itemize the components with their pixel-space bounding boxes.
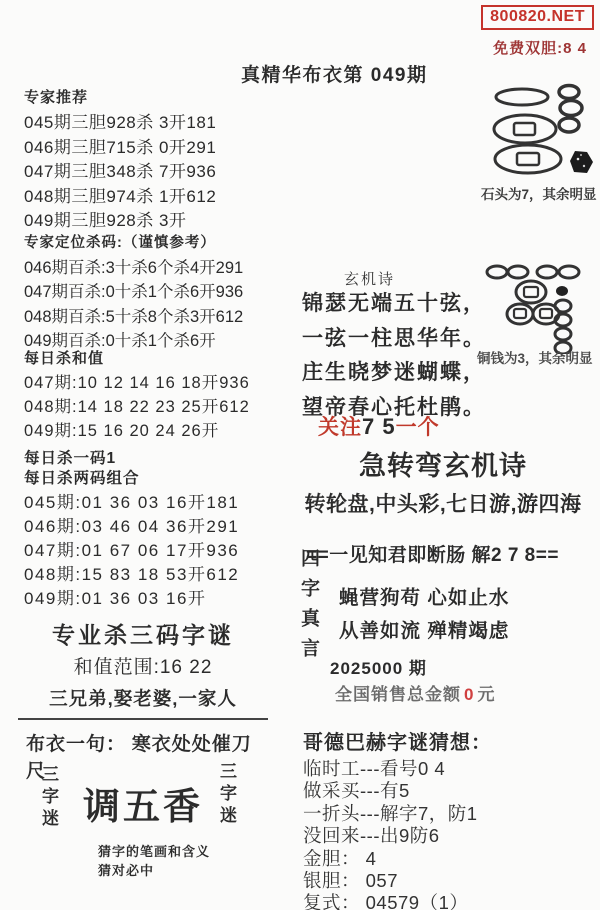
three-char-side-label-right: 三字迷	[214, 762, 239, 828]
riddle-note-2: 猜对必中	[98, 860, 154, 879]
focus-suffix: 一个	[396, 416, 440, 439]
goldbach-riddle-section: 哥德巴赫字谜猜想： 临时工---看号0 4 做采买---有5 一折头---解字7…	[303, 726, 593, 910]
stone-figure-icon	[470, 82, 595, 182]
four-char-row: 从善如流 殚精竭虑	[339, 615, 509, 643]
goldbach-row: 一折头---解字7，防1	[303, 803, 593, 825]
focus-numbers: 7 5	[362, 414, 396, 439]
poem-line: 一弦一柱思华年。	[302, 322, 486, 357]
goldbach-row: 银胆： 057	[303, 870, 593, 892]
turn-poem-heading: 急转弯玄机诗	[290, 444, 596, 483]
three-code-riddle-section: 专业杀三码字谜 和值范围:16 22 三兄弟,娶老婆,一家人 布衣一句： 寒衣处…	[18, 617, 268, 783]
list-item: 048期百杀:5十杀8个杀3开612	[24, 305, 294, 329]
daily-kill-sum-section: 每日杀和值 047期:10 12 14 16 18开936 048期:14 18…	[24, 347, 294, 468]
riddle-note-1: 猜字的笔画和含义	[98, 841, 210, 860]
daily-two-codes-section: 每日杀两码组合 045期:01 36 03 16开181 046期:03 46 …	[24, 466, 294, 611]
copper-coin-drawing	[484, 262, 599, 359]
expert-position-section: 专家定位杀码:（谨慎参考） 046期百杀:3十杀6个杀4开291 047期百杀:…	[24, 231, 294, 354]
sales-total-line: 全国销售总金额0元	[335, 680, 495, 705]
list-item: 046期百杀:3十杀6个杀4开291	[24, 256, 294, 280]
sum-range: 和值范围:16 22	[18, 652, 268, 679]
four-char-row: 蝇营狗苟 心如止水	[339, 582, 509, 610]
section-heading: 专家定位杀码:（谨慎参考）	[24, 231, 294, 252]
poem-focus-line: 关注7 5一个	[318, 411, 440, 441]
site-watermark: 800820.NET	[481, 5, 594, 30]
section-heading: 专家推荐	[24, 86, 284, 107]
turn-poem-solution: ==一见知君即断肠 解2 7 8==	[290, 540, 596, 567]
list-item: 046期三胆715杀 0开291	[24, 136, 284, 161]
turn-poem-line: 转轮盘,中头彩,七日游,游四海	[290, 488, 596, 518]
list-item: 046期:03 46 04 36开291	[24, 515, 294, 539]
page-title: 真精华布衣第 049期	[241, 60, 427, 87]
goldbach-heading: 哥德巴赫字谜猜想：	[303, 726, 593, 755]
mystery-poem-heading: 玄机诗	[344, 268, 395, 289]
sales-label: 全国销售总金额	[335, 685, 461, 704]
list-item: 048期:14 18 22 23 25开612	[24, 395, 294, 419]
goldbach-row: 复式： 04579（1）	[303, 892, 593, 910]
sales-unit: 元	[477, 685, 495, 704]
goldbach-row: 没回来---出9防6	[303, 825, 593, 847]
coin-figure-caption: 铜钱为3，其余明显	[477, 347, 593, 367]
list-item: 047期百杀:0十杀1个杀6开936	[24, 280, 294, 304]
three-char-side-label-left: 三字迷	[36, 765, 61, 831]
list-item: 048期:15 83 18 53开612	[24, 563, 294, 587]
stone-coins-drawing	[470, 82, 595, 187]
section-heading: 每日杀和值	[24, 347, 294, 368]
list-item: 047期三胆348杀 7开936	[24, 160, 284, 185]
mystery-poem: 锦瑟无端五十弦， 一弦一柱思华年。 庄生晓梦迷蝴蝶， 望帝春心托杜鹃。	[302, 287, 486, 425]
sales-amount: 0	[461, 685, 477, 704]
sales-period: 2025000 期	[330, 654, 427, 679]
focus-prefix: 关注	[318, 416, 362, 439]
goldbach-row: 做采买---有5	[303, 780, 593, 802]
list-item: 049期:15 16 20 24 26开	[24, 419, 294, 443]
free-double-dan: 免费双胆:8 4	[493, 37, 587, 58]
list-item: 048期三胆974杀 1开612	[24, 185, 284, 210]
list-item: 047期:01 67 06 17开936	[24, 539, 294, 563]
goldbach-row: 金胆： 4	[303, 848, 593, 870]
list-item: 045期:01 36 03 16开181	[24, 491, 294, 515]
poem-line: 庄生晓梦迷蝴蝶，	[302, 356, 486, 391]
turn-poem-section: 急转弯玄机诗 转轮盘,中头彩,七日游,游四海 ==一见知君即断肠 解2 7 8=…	[290, 444, 596, 567]
riddle-line: 三兄弟,娶老婆,一家人	[18, 685, 268, 720]
stone-figure-caption: 石头为7，其余明显	[481, 183, 597, 203]
poem-line: 锦瑟无端五十弦，	[302, 287, 486, 322]
goldbach-row: 临时工---看号0 4	[303, 758, 593, 780]
four-char-side-label: 四字真言	[295, 548, 322, 668]
expert-recommend-section: 专家推荐 045期三胆928杀 3开181 046期三胆715杀 0开291 0…	[24, 86, 284, 234]
riddle-heading: 专业杀三码字谜	[18, 617, 268, 650]
three-char-riddle-word: 调五香	[83, 776, 203, 830]
list-item: 049期:01 36 03 16开	[24, 587, 294, 611]
coin-figure-icon	[484, 262, 599, 354]
daily-kill-one-code: 每日杀一码1	[24, 446, 294, 468]
section-heading: 每日杀两码组合	[24, 466, 294, 488]
list-item: 047期:10 12 14 16 18开936	[24, 371, 294, 395]
lottery-tip-sheet: { "header": { "site": "800820.NET", "fre…	[0, 0, 600, 910]
list-item: 045期三胆928杀 3开181	[24, 111, 284, 136]
